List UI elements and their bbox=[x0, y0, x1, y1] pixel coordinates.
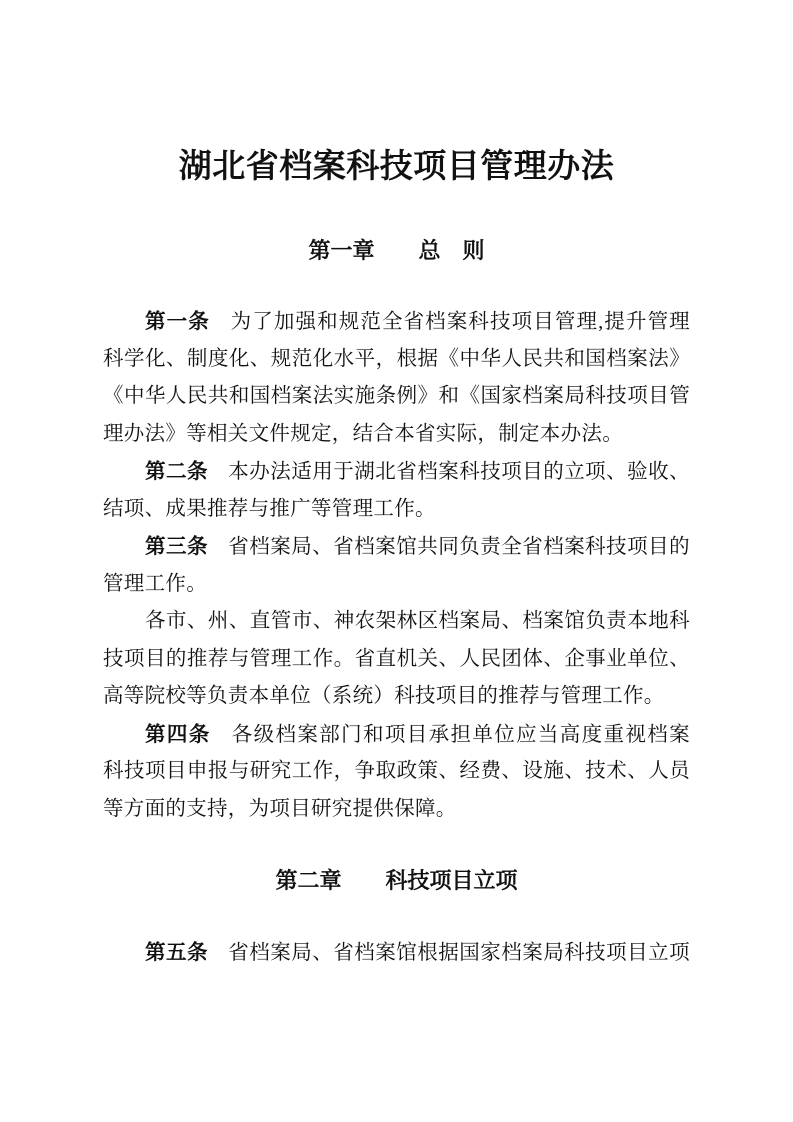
paragraph-line: 《中华人民共和国档案法实施条例》和《国家档案局科技项目管 bbox=[103, 378, 690, 416]
paragraph-text: 技项目的推荐与管理工作。省直机关、人民团体、企事业单位、 bbox=[103, 648, 690, 670]
keyword-gap bbox=[211, 740, 231, 741]
article-2: 第二条本办法适用于湖北省档案科技项目的立项、验收、 结项、成果推荐与推广等管理工… bbox=[103, 453, 690, 528]
article-4-number: 第四条 bbox=[145, 723, 211, 746]
paragraph-text: 结项、成果推荐与推广等管理工作。 bbox=[103, 498, 436, 520]
keyword-gap bbox=[208, 958, 228, 959]
article-4: 第四条各级档案部门和项目承担单位应当高度重视档案 科技项目申报与研究工作，争取政… bbox=[103, 716, 690, 829]
keyword-gap bbox=[208, 552, 228, 553]
paragraph-text: 为了加强和规范全省档案科技项目管理,提升管理 bbox=[230, 311, 690, 333]
paragraph-line: 第四条各级档案部门和项目承担单位应当高度重视档案 bbox=[103, 716, 690, 754]
article-3: 第三条省档案局、省档案馆共同负责全省档案科技项目的 管理工作。 bbox=[103, 528, 690, 603]
paragraph-text: 科学化、制度化、规范化水平，根据《中华人民共和国档案法》 bbox=[103, 348, 690, 370]
paragraph-line: 科学化、制度化、规范化水平，根据《中华人民共和国档案法》 bbox=[103, 341, 690, 379]
paragraph-line: 第五条省档案局、省档案馆根据国家档案局科技项目立项 bbox=[103, 934, 690, 972]
paragraph-line: 各市、州、直管市、神农架林区档案局、档案馆负责本地科 bbox=[103, 603, 690, 641]
paragraph-text: 理办法》等相关文件规定，结合本省实际，制定本办法。 bbox=[103, 423, 623, 445]
document-page: 湖北省档案科技项目管理办法 第一章 总 则 第一条为了加强和规范全省档案科技项目… bbox=[0, 0, 793, 1122]
article-3-paragraph-2: 各市、州、直管市、神农架林区档案局、档案馆负责本地科 技项目的推荐与管理工作。省… bbox=[103, 603, 690, 716]
paragraph-line: 管理工作。 bbox=[103, 566, 690, 604]
paragraph-text: 《中华人民共和国档案法实施条例》和《国家档案局科技项目管 bbox=[103, 385, 690, 407]
paragraph-line: 理办法》等相关文件规定，结合本省实际，制定本办法。 bbox=[103, 416, 690, 454]
paragraph-text: 各级档案部门和项目承担单位应当高度重视档案 bbox=[231, 724, 690, 746]
article-1: 第一条为了加强和规范全省档案科技项目管理,提升管理 科学化、制度化、规范化水平，… bbox=[103, 303, 690, 453]
chapter-1-heading: 第一章 总 则 bbox=[0, 233, 793, 269]
document-title: 湖北省档案科技项目管理办法 bbox=[0, 146, 793, 188]
body-text-block: 第五条省档案局、省档案馆根据国家档案局科技项目立项 bbox=[103, 934, 690, 972]
paragraph-line: 第一条为了加强和规范全省档案科技项目管理,提升管理 bbox=[103, 303, 690, 341]
chapter-2-heading: 第二章 科技项目立项 bbox=[0, 862, 793, 900]
paragraph-line: 高等院校等负责本单位（系统）科技项目的推荐与管理工作。 bbox=[103, 678, 690, 716]
article-1-number: 第一条 bbox=[145, 310, 210, 333]
article-3-number: 第三条 bbox=[145, 535, 208, 558]
keyword-gap bbox=[208, 477, 228, 478]
body-text-block: 第一条为了加强和规范全省档案科技项目管理,提升管理 科学化、制度化、规范化水平，… bbox=[103, 303, 690, 828]
paragraph-text: 本办法适用于湖北省档案科技项目的立项、验收、 bbox=[228, 461, 690, 483]
paragraph-line: 第二条本办法适用于湖北省档案科技项目的立项、验收、 bbox=[103, 453, 690, 491]
article-5: 第五条省档案局、省档案馆根据国家档案局科技项目立项 bbox=[103, 934, 690, 972]
paragraph-line: 技项目的推荐与管理工作。省直机关、人民团体、企事业单位、 bbox=[103, 641, 690, 679]
paragraph-line: 结项、成果推荐与推广等管理工作。 bbox=[103, 491, 690, 529]
paragraph-text: 省档案局、省档案馆共同负责全省档案科技项目的 bbox=[228, 536, 690, 558]
paragraph-line: 第三条省档案局、省档案馆共同负责全省档案科技项目的 bbox=[103, 528, 690, 566]
paragraph-line: 等方面的支持，为项目研究提供保障。 bbox=[103, 791, 690, 829]
paragraph-text: 各市、州、直管市、神农架林区档案局、档案馆负责本地科 bbox=[145, 610, 690, 632]
paragraph-text: 管理工作。 bbox=[103, 573, 207, 595]
paragraph-line: 科技项目申报与研究工作，争取政策、经费、设施、技术、人员 bbox=[103, 753, 690, 791]
article-5-number: 第五条 bbox=[145, 941, 208, 964]
paragraph-text: 省档案局、省档案馆根据国家档案局科技项目立项 bbox=[228, 942, 690, 964]
paragraph-text: 科技项目申报与研究工作，争取政策、经费、设施、技术、人员 bbox=[103, 760, 690, 782]
paragraph-text: 高等院校等负责本单位（系统）科技项目的推荐与管理工作。 bbox=[103, 685, 665, 707]
paragraph-text: 等方面的支持，为项目研究提供保障。 bbox=[103, 798, 457, 820]
article-2-number: 第二条 bbox=[145, 460, 208, 483]
keyword-gap bbox=[210, 327, 230, 328]
